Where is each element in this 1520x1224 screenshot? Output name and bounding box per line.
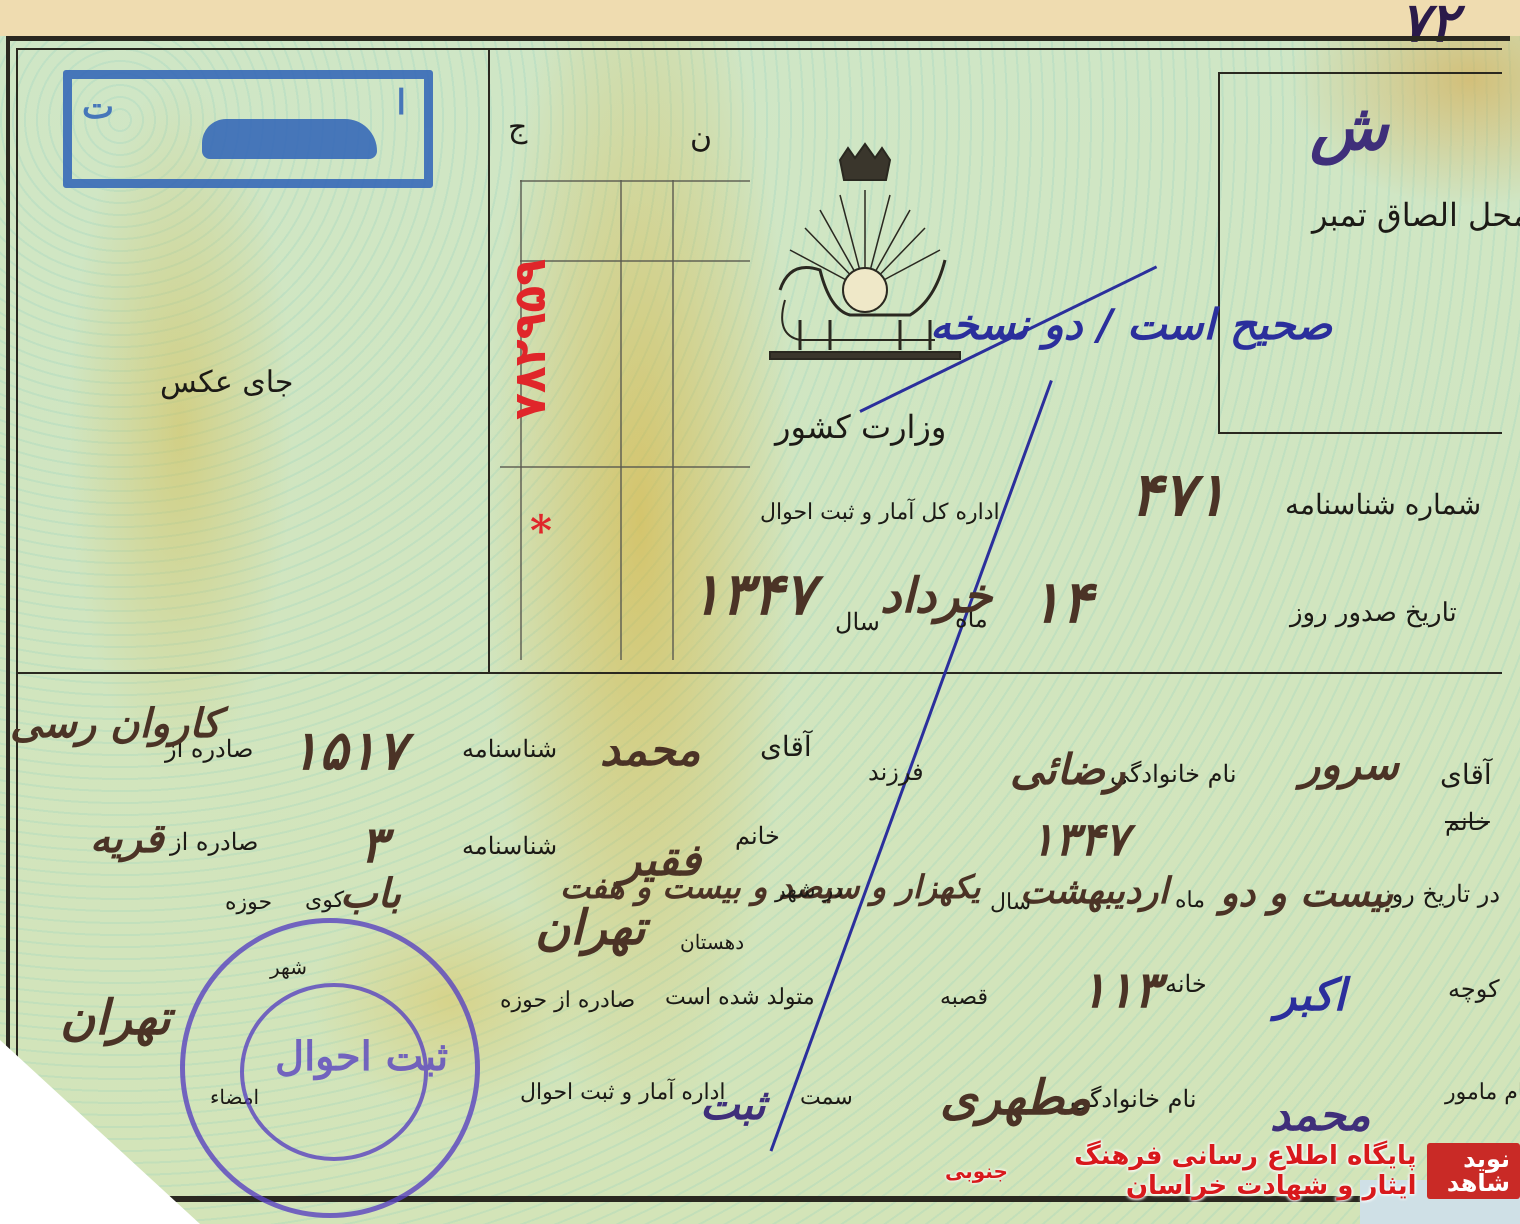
- ministry-title: وزارت کشور: [775, 408, 946, 446]
- alley-value: باب: [340, 870, 401, 917]
- photo-box-divider: [488, 48, 490, 672]
- grid-header-2: ن: [690, 120, 712, 155]
- vehicle-stamp: ت ا: [63, 70, 433, 188]
- stamp-mark-right: ا: [397, 83, 406, 123]
- issue-month-value: خرداد: [880, 568, 992, 624]
- watermark-region: جنوبی: [945, 1161, 1008, 1182]
- serial-asterisk-icon: *: [530, 506, 552, 555]
- section-divider: [16, 672, 1502, 674]
- issue-date-label: تاریخ صدور روز: [1290, 598, 1457, 628]
- city-value: تهران: [535, 900, 646, 956]
- child-of-label: فرزند: [868, 758, 924, 786]
- watermark-logo: نوید شاهد: [1427, 1143, 1520, 1199]
- torn-corner: [0, 1040, 200, 1224]
- stamp-place-handwritten: ش: [1310, 90, 1388, 165]
- family-name-value: رضائی: [1010, 745, 1125, 794]
- city2-value: تهران: [60, 990, 171, 1046]
- grid-row: [520, 180, 750, 182]
- mother-issued-value: قریه: [90, 815, 164, 862]
- grid-header-1: ج: [508, 110, 527, 145]
- officer-family-value: مطهری: [940, 1070, 1091, 1126]
- photo-place-label: جای عکس: [160, 365, 293, 400]
- father-label: آقای: [760, 730, 812, 763]
- father-issued-value: کاروان رسی: [10, 700, 220, 747]
- issue-year-value: ۱۳۴۷: [690, 560, 815, 628]
- alley-label: کوی: [305, 888, 344, 913]
- paper-top-edge: [0, 0, 1520, 36]
- birth-date-label: در تاریخ روز: [1380, 880, 1500, 908]
- mother-cert-value: ۳: [360, 815, 387, 874]
- grid-row: [500, 466, 750, 468]
- site-watermark: نوید شاهد پایگاه اطلاع رسانی فرهنگ ایثار…: [945, 1140, 1520, 1202]
- office-label: اداره آمار و ثبت احوال: [520, 1080, 726, 1105]
- mother-cert-label: شناسنامه: [462, 832, 557, 860]
- father-cert-label: شناسنامه: [462, 735, 557, 763]
- district-label: حوزه: [225, 890, 272, 915]
- issued-from-district-label: صادره از حوزه: [500, 988, 635, 1013]
- street-label: کوچه: [1448, 975, 1500, 1003]
- house-label: خانه: [1165, 970, 1207, 998]
- position-label: سمت: [800, 1085, 853, 1110]
- street-value: اکبر: [1275, 970, 1346, 1021]
- mother-label: خانم: [735, 822, 780, 850]
- birth-year-numeric: ۱۳۴۷: [1030, 812, 1129, 866]
- father-name-value: محمد: [600, 725, 701, 776]
- serial-number: ۷۸۲۹۵۹: [505, 259, 556, 420]
- birth-year-label: سال: [990, 890, 1031, 915]
- grid-col: [620, 180, 622, 660]
- issue-day-value: ۱۴: [1030, 568, 1092, 636]
- stamp-box-left: [1218, 72, 1220, 432]
- issue-year-label: سال: [835, 608, 880, 636]
- certificate-number-label: شماره شناسنامه: [1285, 488, 1481, 521]
- title-ms: خانم: [1445, 808, 1490, 836]
- car-icon: [202, 119, 377, 159]
- born-label: متولد شده است: [665, 985, 815, 1010]
- watermark-text: پایگاه اطلاع رسانی فرهنگ ایثار و شهادت خ…: [1018, 1141, 1417, 1201]
- seal-text: ثبت احوال: [275, 1033, 448, 1080]
- grid-col: [672, 180, 674, 660]
- stamp-box-bottom: [1218, 432, 1502, 434]
- town-label: قصبه: [940, 985, 988, 1010]
- house-value: ۱۱۳: [1080, 960, 1161, 1019]
- stamp-place-label: محل الصاق تمبر: [1312, 196, 1520, 234]
- grid-col: [520, 180, 522, 660]
- mother-issued-label: صادره از: [170, 828, 258, 856]
- family-name-label: نام خانوادگی: [1110, 760, 1237, 788]
- first-name-value: سرور: [1300, 740, 1399, 789]
- certificate-number-value: ۴۷۱: [1130, 460, 1227, 530]
- father-cert-value: ۱۵۱۷: [290, 718, 406, 782]
- city-label: در شهر: [775, 878, 843, 903]
- stamp-mark-left: ت: [82, 87, 114, 127]
- officer-name-value: محمد: [1270, 1090, 1371, 1141]
- birth-month-value: اردیبهشت: [1020, 870, 1168, 912]
- birth-month-label: ماه: [1175, 888, 1205, 913]
- stamp-box-top: [1218, 72, 1502, 74]
- birth-day-value: بیست و دو: [1220, 870, 1393, 915]
- department-title: اداره کل آمار و ثبت احوال: [760, 500, 1000, 525]
- officer-name-label: نام مامور: [1445, 1080, 1520, 1105]
- blue-annotation: صحیح است / دو نسخه: [930, 300, 1332, 349]
- official-seal: ثبت احوال: [180, 918, 480, 1218]
- title-mr: آقای: [1440, 758, 1492, 791]
- village-label: دهستان: [680, 930, 744, 954]
